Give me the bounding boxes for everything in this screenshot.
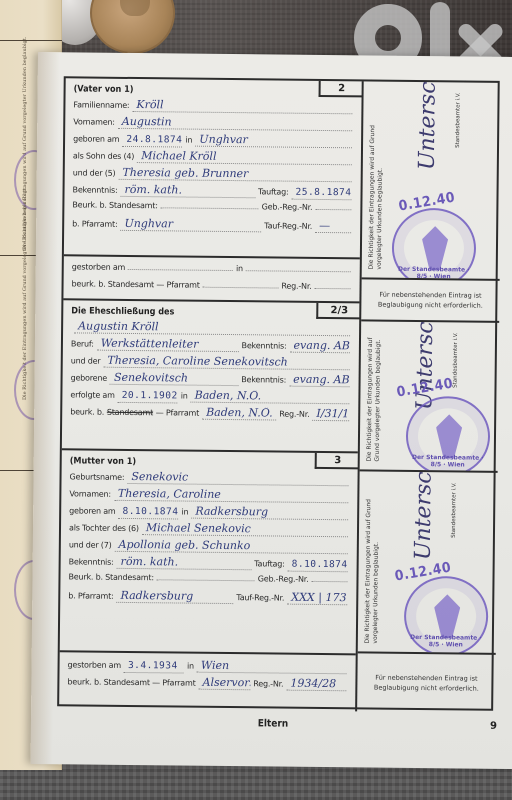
groom-value: Augustin Kröll [74, 320, 350, 336]
label: und der (7) [69, 540, 112, 549]
bride-value: Theresia, Caroline Senekovitsch [103, 355, 349, 371]
certification-block-marriage: Die Richtigkeit der Eintragungen wird au… [360, 321, 500, 472]
row-parish: b. Pfarramt: Unghvar Tauf-Reg.-Nr. — [72, 217, 354, 237]
mother-death-section: gestorben am 3.4.1934 in Wien beurk. b. … [59, 652, 356, 711]
coin-portrait [120, 0, 150, 16]
page-number: 9 [490, 721, 497, 732]
birth-place-value: Unghvar [195, 134, 352, 149]
label: — Pfarramt [156, 408, 199, 417]
certification-column: Die Richtigkeit der Eintragungen wird au… [357, 81, 502, 712]
given-names-value: Theresia, Caroline [114, 488, 349, 503]
marriage-date-value: 20.1.1902 [118, 390, 178, 404]
seal-text: Der Standesbeamte · 8/5 · Wien [408, 454, 488, 469]
death-reg-no-value: 1934/28 [286, 678, 346, 692]
label: Vornamen: [69, 489, 111, 498]
death-registry-value [203, 287, 279, 289]
bride-born-value: Senekovitsch [110, 372, 238, 386]
certification-text: Die Richtigkeit der Eintragungen wird au… [368, 89, 386, 269]
maternal-father-value: Michael Senekovic [142, 522, 348, 537]
label: Geb.-Reg.-Nr. [262, 202, 313, 212]
section-number: 2 [319, 81, 363, 97]
label: Tauftag: [254, 559, 285, 568]
label: Bekenntnis: [69, 557, 114, 566]
birth-date-value: 24.8.1874 [122, 134, 182, 148]
label: beurk. b. Standesamt — Pfarramt [72, 279, 200, 289]
registry-seal-stamp: Der Standesbeamte · 8/5 · Wien [392, 208, 477, 281]
label: Reg.-Nr. [279, 410, 309, 419]
certification-block-father: Die Richtigkeit der Eintragungen wird au… [362, 81, 502, 280]
death-date-value: 3.4.1934 [124, 660, 184, 674]
row-death-registry: beurk. b. Standesamt — Pfarramt Reg.-Nr. [71, 279, 353, 299]
label: Reg.-Nr. [281, 282, 311, 291]
father-death-section: gestorben am in beurk. b. Standesamt — P… [63, 256, 359, 303]
label: Vornamen: [73, 117, 115, 126]
label: Bekenntnis: [242, 341, 287, 350]
certification-text: Die Richtigkeit der Eintragungen wird au… [364, 479, 382, 643]
label: in [181, 392, 188, 401]
document-page: 2 (Vater von 1) Familienname: Kröll Vorn… [31, 52, 512, 769]
marriage-section: 2/3 Die Eheschließung des Augustin Kröll… [62, 300, 360, 453]
confession-value: röm. kath. [120, 184, 255, 198]
label: gestorben am [72, 262, 125, 272]
label: b. Pfarramt: [72, 219, 117, 228]
label: geboren am [73, 134, 119, 143]
label: beurk. b. Standesamt — Pfarramt [67, 677, 195, 687]
row-parish: b. Pfarramt: Radkersburg Tauf-Reg.-Nr. X… [68, 589, 350, 609]
label: als Sohn des (4) [73, 151, 134, 161]
baptism-reg-no-value: XXX | 173 [287, 592, 347, 606]
not-required-note: Für nebenstehenden Eintrag ist Beglaubig… [357, 653, 496, 712]
paternal-father-value: Michael Kröll [137, 150, 352, 165]
label: Geb.-Reg.-Nr. [258, 574, 309, 584]
baptism-day-value: 8.10.1874 [288, 559, 348, 573]
eagle-emblem-icon [434, 594, 460, 638]
baptism-reg-no-value: — [315, 220, 351, 233]
divider [0, 40, 62, 41]
label: Bekenntnis: [73, 185, 118, 194]
marriage-reg-no-value: I/31/1 [312, 408, 349, 421]
signer-title: Standesbeamter i.V. [453, 332, 460, 388]
signer-title: Standesbeamter i.V. [451, 482, 458, 538]
form-main-column: 2 (Vater von 1) Familienname: Kröll Vorn… [59, 78, 364, 711]
label: Geburtsname: [70, 472, 125, 482]
registry-seal-stamp: Der Standesbeamte · 8/5 · Wien [404, 576, 489, 655]
seal-text: Der Standesbeamte · 8/5 · Wien [394, 266, 474, 281]
mother-section: 3 (Mutter von 1) Geburtsname: Senekovic … [60, 450, 358, 655]
birth-place-value: Radkersburg [191, 506, 348, 521]
eagle-emblem-icon [422, 226, 448, 270]
birth-reg-no-value [311, 581, 347, 582]
certification-block-mother: Die Richtigkeit der Eintragungen wird au… [358, 471, 498, 654]
maternal-mother-value: Apollonia geb. Schunko [115, 539, 348, 554]
label: gestorben am [68, 660, 121, 670]
father-section: 2 (Vater von 1) Familienname: Kröll Vorn… [64, 78, 362, 259]
marriage-parish-value: Baden, N.Ö. [202, 407, 276, 421]
parish-value: Unghvar [120, 218, 261, 232]
birth-date-value: 8.10.1874 [118, 506, 178, 520]
family-name-value: Kröll [132, 99, 352, 114]
paternal-mother-value: Theresia geb. Brunner [118, 167, 351, 182]
baptism-day-value: 25.8.1874 [291, 187, 351, 201]
birth-name-value: Senekovic [127, 471, 348, 486]
marriage-place-value: Baden, N.Ö. [191, 390, 350, 405]
death-registry-value: Alservorstadt [198, 677, 250, 691]
section-number: 3 [315, 453, 359, 469]
confession-value: röm. kath. [117, 556, 252, 570]
registry-value [157, 579, 255, 581]
page-footer-title: Eltern [31, 716, 512, 732]
label: geborene [71, 373, 107, 382]
registry-value [161, 207, 259, 209]
death-reg-no-value [315, 288, 351, 289]
ancestry-form: 2 (Vater von 1) Familienname: Kröll Vorn… [57, 76, 500, 711]
label: Tauftag: [258, 187, 289, 196]
label: in [181, 508, 188, 517]
label: Beurk. b. Standesamt: [68, 572, 153, 582]
label: b. Pfarramt: [68, 591, 113, 600]
death-place-value [246, 270, 351, 272]
birth-reg-no-value [315, 209, 351, 210]
label: in [187, 662, 194, 671]
label: Beurk. b. Standesamt: [72, 200, 157, 210]
death-place-value: Wien [197, 660, 347, 675]
label: beurk. b. [70, 407, 104, 416]
label: Reg.-Nr. [253, 679, 283, 688]
label: Familienname: [73, 100, 129, 110]
label: und der [71, 356, 101, 365]
label: Beruf: [71, 339, 94, 348]
label: Tauf-Reg.-Nr. [236, 593, 284, 603]
struck-registry-label: Standesamt [107, 408, 153, 417]
label: Bekenntnis: [241, 375, 286, 384]
row-death-registry: beurk. b. Standesamt — Pfarramt Alservor… [67, 675, 349, 695]
label: in [185, 136, 192, 145]
label: geboren am [69, 506, 115, 515]
death-date-value [128, 269, 233, 271]
registry-seal-stamp: Der Standesbeamte · 8/5 · Wien [406, 396, 491, 473]
label: Tauf-Reg.-Nr. [264, 221, 312, 231]
official-signature: Unterschrift [411, 482, 452, 560]
seal-text: Der Standesbeamte · 8/5 · Wien [406, 634, 486, 649]
occupation-value: Werkstättenleiter [97, 338, 239, 352]
not-required-note: Für nebenstehenden Eintrag ist Beglaubig… [361, 279, 499, 322]
official-signature: Unterschrift [415, 92, 456, 170]
parish-value: Radkersburg [117, 590, 234, 604]
groom-confession-value: evang. AB [289, 340, 350, 354]
bride-confession-value: evang. AB [289, 374, 350, 388]
row-marriage-registry: beurk. b. Standesamt — Pfarramt Baden, N… [70, 405, 352, 425]
label: erfolgte am [70, 390, 114, 399]
given-names-value: Augustin [118, 116, 353, 131]
section-number: 2/3 [316, 303, 360, 319]
label: in [236, 264, 243, 273]
signer-title: Standesbeamter i.V. [455, 92, 462, 148]
label: und der (5) [73, 168, 116, 177]
certification-text: Die Richtigkeit der Eintragungen wird au… [366, 329, 383, 461]
label: als Tochter des (6) [69, 523, 139, 533]
eagle-emblem-icon [436, 414, 462, 458]
